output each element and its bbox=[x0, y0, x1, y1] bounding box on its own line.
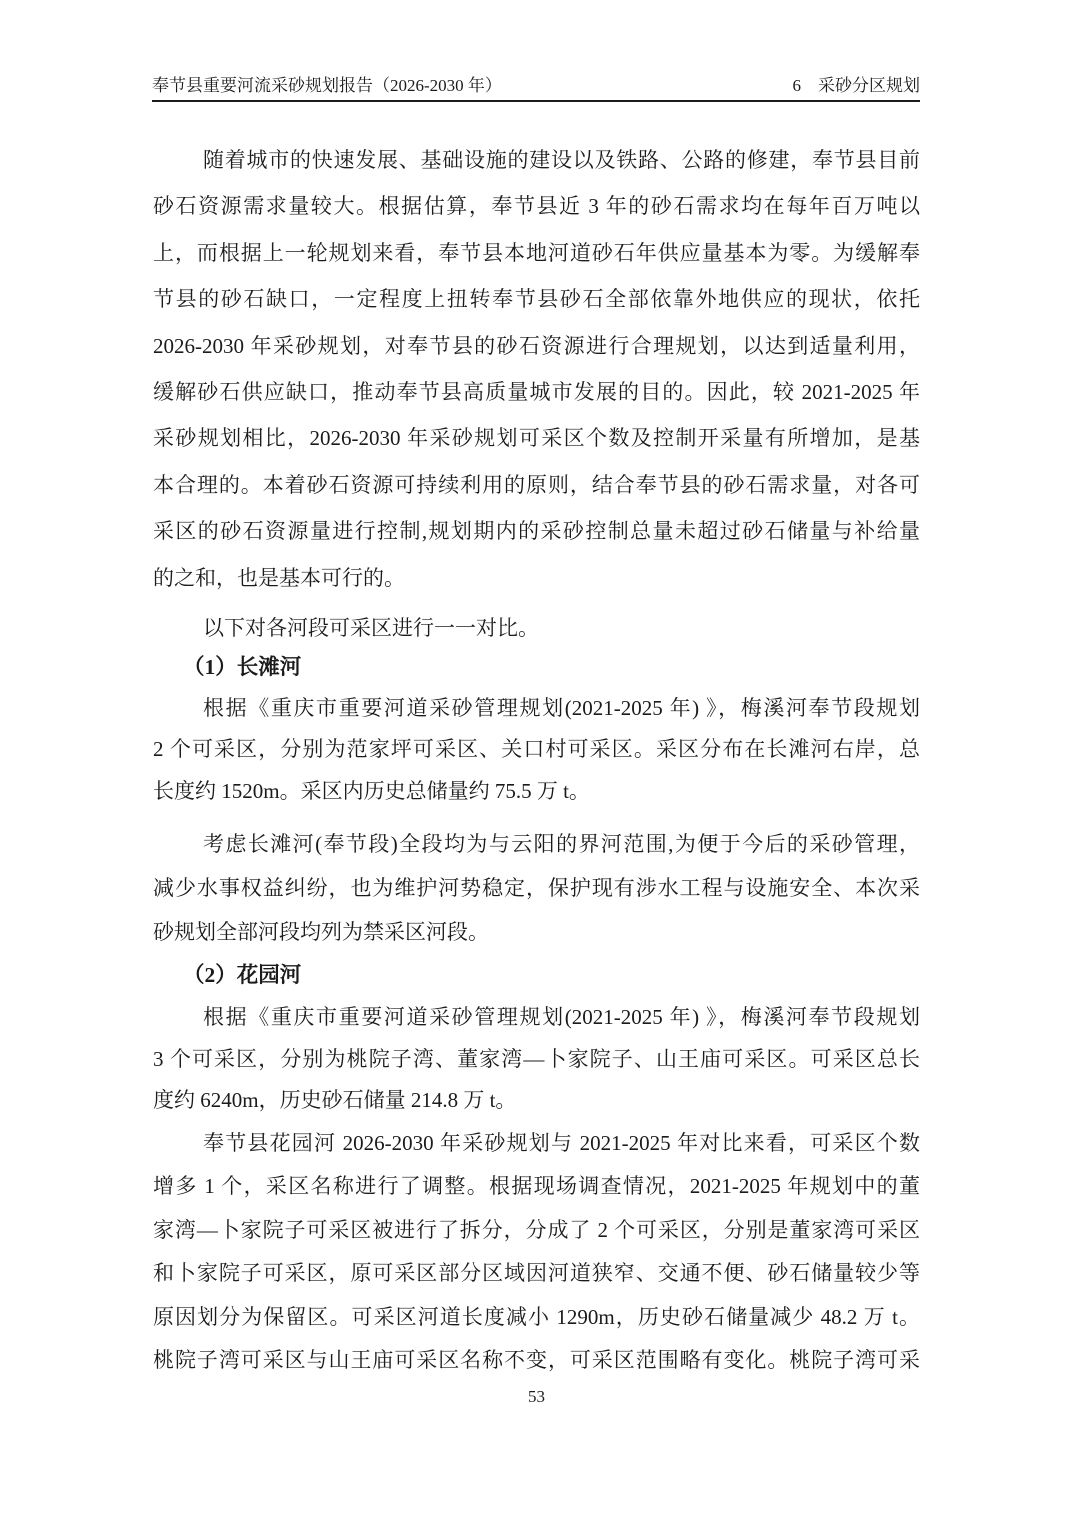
text-line: 的之和，也是基本可行的。 bbox=[153, 555, 920, 601]
text-line: 上，而根据上一轮规划来看，奉节县本地河道砂石年供应量基本为零。为缓解奉 bbox=[153, 230, 920, 276]
text-line: 缓解砂石供应缺口，推动奉节县高质量城市发展的目的。因此，较 2021-2025 … bbox=[153, 369, 920, 415]
paragraph-intro: 随着城市的快速发展、基础设施的建设以及铁路、公路的修建，奉节县目前 砂石资源需求… bbox=[153, 137, 920, 601]
text-line: 砂石资源需求量较大。根据估算，奉节县近 3 年的砂石需求均在每年百万吨以 bbox=[153, 183, 920, 229]
section-heading-changtanhe: （1）长滩河 bbox=[153, 647, 950, 688]
header-section-title: 6 采砂分区规划 bbox=[793, 76, 921, 96]
header-report-title: 奉节县重要河流采砂规划报告（2026-2030 年） bbox=[152, 76, 502, 96]
text-line: 根据《重庆市重要河道采砂管理规划(2021-2025 年) 》，梅溪河奉节段规划 bbox=[153, 688, 920, 729]
text-line: 2 个可采区，分别为范家坪可采区、关口村可采区。采区分布在长滩河右岸，总 bbox=[153, 729, 920, 770]
paragraph-changtanhe-2: 考虑长滩河(奉节段)全段均为与云阳的界河范围,为便于今后的采砂管理， 减少水事权… bbox=[153, 822, 920, 954]
text-line: 随着城市的快速发展、基础设施的建设以及铁路、公路的修建，奉节县目前 bbox=[153, 137, 920, 183]
paragraph-changtanhe-1: 根据《重庆市重要河道采砂管理规划(2021-2025 年) 》，梅溪河奉节段规划… bbox=[153, 688, 920, 812]
document-page: 奉节县重要河流采砂规划报告（2026-2030 年） 6 采砂分区规划 随着城市… bbox=[0, 0, 1074, 1520]
text-line: 考虑长滩河(奉节段)全段均为与云阳的界河范围,为便于今后的采砂管理， bbox=[153, 822, 920, 866]
paragraph-lead-in: 以下对各河段可采区进行一一对比。 bbox=[153, 608, 920, 649]
page-number: 53 bbox=[528, 1387, 545, 1406]
text-line: 采区的砂石资源量进行控制,规划期内的采砂控制总量未超过砂石储量与补给量 bbox=[153, 508, 920, 554]
text-line: 和卜家院子可采区，原可采区部分区域因河道狭窄、交通不便、砂石储量较少等 bbox=[153, 1252, 920, 1295]
text-line: 采砂规划相比，2026-2030 年采砂规划可采区个数及控制开采量有所增加，是基 bbox=[153, 415, 920, 461]
text-line: 奉节县花园河 2026-2030 年采砂规划与 2021-2025 年对比来看，… bbox=[153, 1122, 920, 1165]
text-line: 增多 1 个，采区名称进行了调整。根据现场调查情况，2021-2025 年规划中… bbox=[153, 1165, 920, 1208]
text-line: 度约 6240m，历史砂石储量 214.8 万 t。 bbox=[153, 1080, 920, 1122]
page-header: 奉节县重要河流采砂规划报告（2026-2030 年） 6 采砂分区规划 bbox=[152, 76, 920, 102]
text-line: 2026-2030 年采砂规划，对奉节县的砂石资源进行合理规划，以达到适量利用， bbox=[153, 323, 920, 369]
page-footer: 53 bbox=[153, 1387, 920, 1407]
text-line: 以下对各河段可采区进行一一对比。 bbox=[153, 608, 920, 649]
paragraph-huayuanhe-2: 奉节县花园河 2026-2030 年采砂规划与 2021-2025 年对比来看，… bbox=[153, 1122, 920, 1382]
text-line: 桃院子湾可采区与山王庙可采区名称不变，可采区范围略有变化。桃院子湾可采 bbox=[153, 1339, 920, 1382]
section-heading-huayuanhe: （2）花园河 bbox=[153, 955, 950, 996]
text-line: 家湾—卜家院子可采区被进行了拆分，分成了 2 个可采区，分别是董家湾可采区 bbox=[153, 1209, 920, 1252]
text-line: 节县的砂石缺口，一定程度上扭转奉节县砂石全部依靠外地供应的现状，依托 bbox=[153, 276, 920, 322]
text-line: 3 个可采区，分别为桃院子湾、董家湾—卜家院子、山王庙可采区。可采区总长 bbox=[153, 1039, 920, 1081]
text-line: 长度约 1520m。采区内历史总储量约 75.5 万 t。 bbox=[153, 771, 920, 812]
paragraph-huayuanhe-1: 根据《重庆市重要河道采砂管理规划(2021-2025 年) 》，梅溪河奉节段规划… bbox=[153, 997, 920, 1122]
text-line: 减少水事权益纠纷，也为维护河势稳定，保护现有涉水工程与设施安全、本次采 bbox=[153, 866, 920, 910]
text-line: 本合理的。本着砂石资源可持续利用的原则，结合奉节县的砂石需求量，对各可 bbox=[153, 462, 920, 508]
text-line: 原因划分为保留区。可采区河道长度减小 1290m，历史砂石储量减少 48.2 万… bbox=[153, 1296, 920, 1339]
text-line: 根据《重庆市重要河道采砂管理规划(2021-2025 年) 》，梅溪河奉节段规划 bbox=[153, 997, 920, 1039]
text-line: 砂规划全部河段均列为禁采区河段。 bbox=[153, 910, 920, 954]
